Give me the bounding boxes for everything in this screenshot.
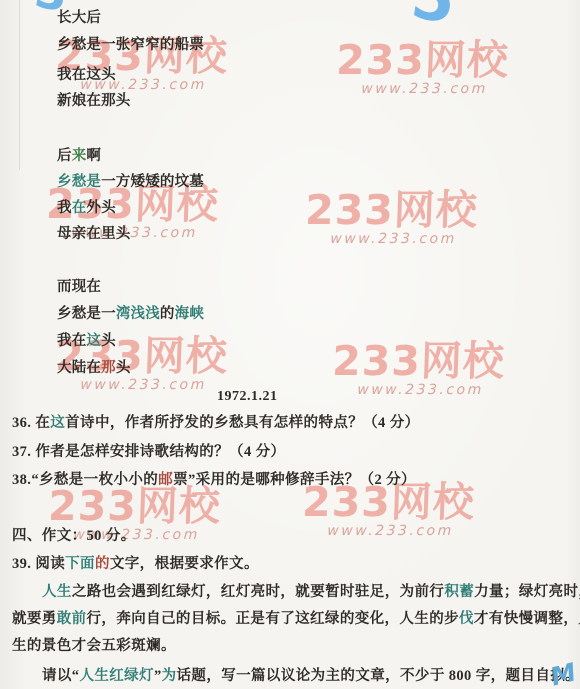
watermark-233: 233网校 www.233.com: [331, 341, 506, 397]
blue-glyph-bottom-right: M: [548, 659, 578, 689]
poem-date: 1972.1.21: [217, 388, 278, 406]
paper-crease: [19, 0, 20, 170]
poem-line-4: 新娘在那头: [57, 92, 131, 110]
question-38: 38.“乡愁是一枚小小的邮票”采用的是哪种修辞手法？（2 分）: [12, 471, 416, 489]
watermark-brand: 233网校: [336, 40, 510, 81]
watermark-url: www.233.com: [54, 378, 227, 392]
poem-line-6: 乡愁是一方矮矮的坟墓: [57, 173, 204, 191]
watermark-brand: 233网校: [332, 341, 506, 382]
blue-numeral-top-right: 5: [407, 0, 459, 33]
watermark-brand: 233网校: [48, 486, 222, 527]
poem-line-7: 我在外头: [57, 199, 116, 217]
question-37: 37. 作者是怎样安排诗歌结构的？（4 分）: [12, 443, 285, 461]
section-title-essay: 四、作文：50 分。: [12, 527, 136, 545]
essay-para-line-3: 生的景色才会五彩斑斓。: [12, 637, 176, 655]
poem-line-3: 我在这头: [57, 66, 116, 84]
essay-para-line-1: 人生之路也会遇到红绿灯，红灯亮时，就要暂时驻足，为前行积蓄力量；绿灯亮时，: [42, 583, 580, 601]
watermark-233: 233网校 www.233.com: [335, 40, 510, 96]
poem-line-2: 乡愁是一张窄窄的船票: [57, 36, 204, 54]
watermark-url: www.233.com: [304, 232, 477, 246]
watermark-233: 233网校 www.233.com: [301, 482, 476, 538]
watermark-url: www.233.com: [301, 524, 474, 538]
poem-line-9: 而现在: [57, 278, 101, 296]
watermark-233: 233网校 www.233.com: [304, 190, 479, 246]
poem-line-10: 乡愁是一湾浅浅的海峡: [57, 305, 204, 323]
watermark-brand: 233网校: [305, 190, 479, 231]
essay-para-line-4: 请以“人生红绿灯”为话题，写一篇以议论为主的文章，不少于 800 字，题目自拟。: [42, 667, 580, 685]
watermark-url: www.233.com: [331, 383, 504, 397]
essay-para-line-2: 就要勇敢前行，奔向自己的目标。正是有了这红绿的变化，人生的步伐才有快慢调整，人: [12, 610, 580, 628]
poem-line-5: 后来啊: [57, 147, 101, 165]
question-36: 36. 在这首诗中，作者所抒发的乡愁具有怎样的特点？（4 分）: [12, 414, 420, 432]
poem-line-12: 大陆在那头: [57, 359, 131, 377]
watermark-url: www.233.com: [335, 82, 508, 96]
poem-line-8: 母亲在里头: [57, 225, 131, 243]
poem-line-11: 我在这头: [57, 332, 116, 350]
question-39-intro: 39. 阅读下面的文字，根据要求作文。: [12, 555, 259, 573]
scanned-exam-page: 233网校 www.233.com 233网校 www.233.com 233网…: [0, 0, 580, 689]
